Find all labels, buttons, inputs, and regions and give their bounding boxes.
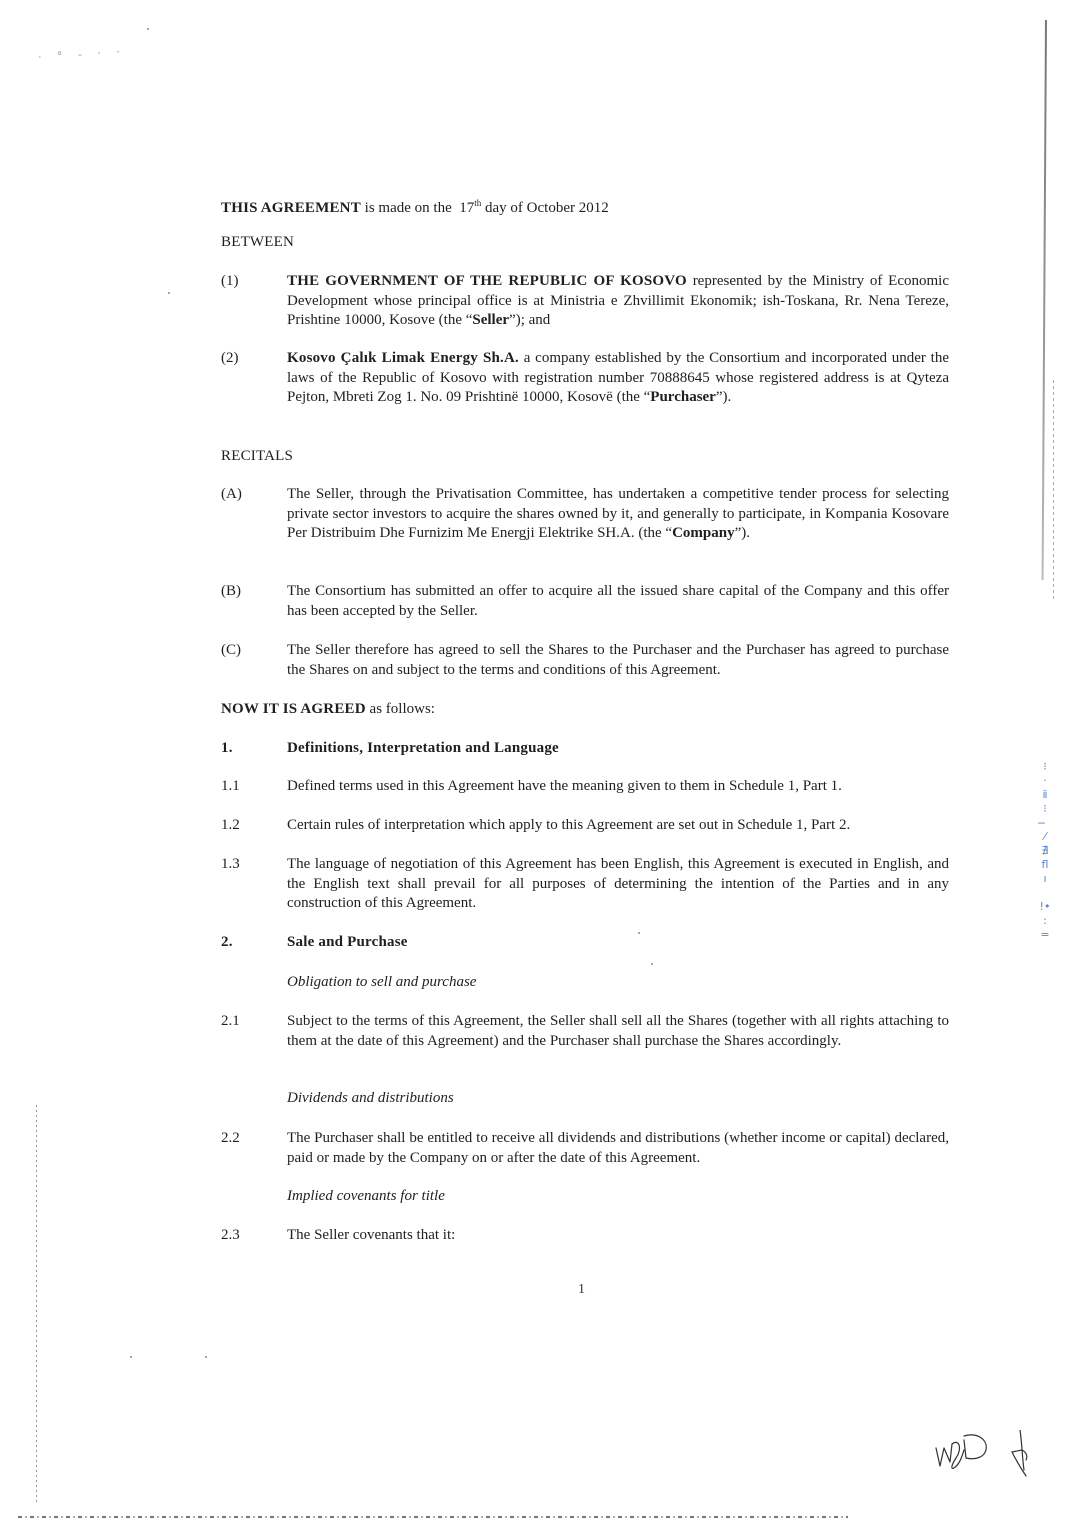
scanned-page: · ° - · · ⁝·ⅱ⁝̶⁄∄ﬂı!•:= THIS AGREEMENT i… [0, 0, 1080, 1528]
clause-number: 1.1 [221, 777, 287, 797]
clause-text: Certain rules of interpretation which ap… [287, 816, 949, 836]
clause-number: 2.3 [221, 1226, 287, 1246]
recital-number: (C) [221, 641, 287, 680]
agreed-lead: NOW IT IS AGREED [221, 701, 366, 717]
section-number: 1. [221, 739, 287, 759]
blue-stamp-mark: ⁝·ⅱ⁝̶⁄∄ﬂı!•:= [1035, 760, 1055, 942]
recital-c: (C) The Seller therefore has agreed to s… [221, 641, 949, 680]
recital-text: The Consortium has submitted an offer to… [287, 582, 949, 621]
recital-text-end: ”). [735, 525, 750, 541]
recital-b: (B) The Consortium has submitted an offe… [221, 582, 949, 621]
clause-number: 1.2 [221, 816, 287, 836]
clause-2-1: 2.1 Subject to the terms of this Agreeme… [221, 1012, 949, 1051]
clause-text: The Purchaser shall be entitled to recei… [287, 1129, 949, 1168]
clause-2-2: 2.2 The Purchaser shall be entitled to r… [221, 1129, 949, 1168]
signature-icon [930, 1430, 1050, 1490]
clause-1-3: 1.3 The language of negotiation of this … [221, 855, 949, 914]
clause-1-2: 1.2 Certain rules of interpretation whic… [221, 816, 949, 836]
scan-speck [147, 28, 149, 30]
agreed-line: NOW IT IS AGREED as follows: [221, 700, 949, 720]
clause-number: 1.3 [221, 855, 287, 914]
scan-speck [168, 292, 170, 294]
intro-date: day of October 2012 [485, 200, 609, 216]
intro-lead: THIS AGREEMENT [221, 200, 361, 216]
scan-edge-line [18, 1516, 848, 1518]
scan-edge-line [36, 1105, 37, 1505]
recital-a: (A) The Seller, through the Privatisatio… [221, 485, 949, 544]
signature-initials [930, 1430, 1050, 1495]
recital-text: The Seller, through the Privatisation Co… [287, 486, 949, 541]
party-number: (2) [221, 349, 287, 408]
defined-term: Company [672, 525, 735, 541]
page-number: 1 [578, 1282, 585, 1298]
recital-text: The Seller therefore has agreed to sell … [287, 641, 949, 680]
scan-smudge: · ° - · · [38, 45, 127, 64]
scan-speck [205, 1356, 207, 1358]
party-1: (1) THE GOVERNMENT OF THE REPUBLIC OF KO… [221, 272, 949, 331]
recitals-heading: RECITALS [221, 447, 949, 467]
clause-text: Defined terms used in this Agreement hav… [287, 777, 949, 797]
party-name: Kosovo Çalık Limak Energy Sh.A. [287, 350, 519, 366]
section-1-heading: 1. Definitions, Interpretation and Langu… [221, 739, 949, 759]
clause-text: Subject to the terms of this Agreement, … [287, 1012, 949, 1051]
intro-day: 17 [459, 200, 474, 216]
section-2-heading: 2. Sale and Purchase [221, 933, 949, 953]
party-2: (2) Kosovo Çalık Limak Energy Sh.A. a co… [221, 349, 949, 408]
section-number: 2. [221, 933, 287, 953]
section-title: Definitions, Interpretation and Language [287, 739, 949, 759]
agreement-intro: THIS AGREEMENT is made on the 17th day o… [221, 194, 949, 219]
intro-day-suffix: th [474, 198, 481, 208]
recital-number: (B) [221, 582, 287, 621]
party-name: THE GOVERNMENT OF THE REPUBLIC OF KOSOVO [287, 273, 687, 289]
between-heading: BETWEEN [221, 233, 949, 253]
party-text-end: ”); and [509, 312, 550, 328]
scan-edge-line [1042, 20, 1047, 580]
scan-edge-line [1053, 380, 1054, 600]
recital-number: (A) [221, 485, 287, 544]
clause-text: The language of negotiation of this Agre… [287, 855, 949, 914]
agreed-text: as follows: [370, 701, 435, 717]
subheading: Implied covenants for title [287, 1187, 445, 1207]
defined-term: Seller [472, 312, 509, 328]
intro-text: is made on the [365, 200, 452, 216]
scan-speck [130, 1356, 132, 1358]
party-text-end: ”). [716, 389, 731, 405]
scan-speck [651, 963, 653, 965]
clause-1-1: 1.1 Defined terms used in this Agreement… [221, 777, 949, 797]
subheading: Obligation to sell and purchase [287, 973, 476, 993]
section-title: Sale and Purchase [287, 933, 949, 953]
defined-term: Purchaser [650, 389, 716, 405]
clause-text: The Seller covenants that it: [287, 1226, 949, 1246]
clause-number: 2.2 [221, 1129, 287, 1168]
subheading: Dividends and distributions [287, 1089, 454, 1109]
party-number: (1) [221, 272, 287, 331]
clause-number: 2.1 [221, 1012, 287, 1051]
clause-2-3: 2.3 The Seller covenants that it: [221, 1226, 949, 1246]
